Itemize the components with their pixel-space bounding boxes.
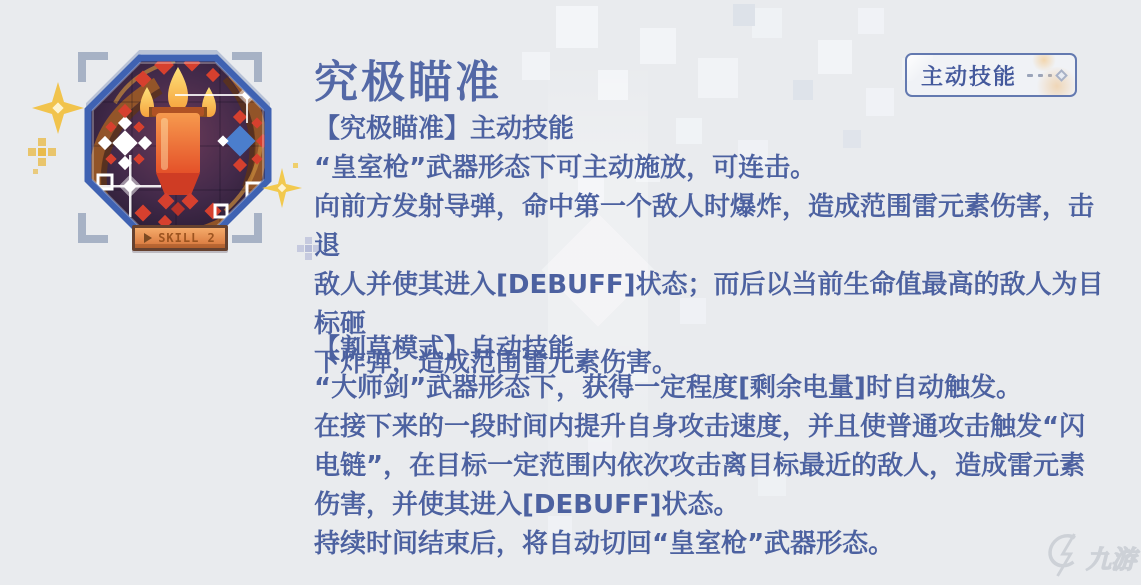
skill-title: 究极瞄准 xyxy=(314,46,502,110)
skill-banner-label: SKILL 2 xyxy=(158,231,216,245)
flag-arrow-icon xyxy=(144,233,152,243)
section-heading: 【割草模式】自动技能 xyxy=(314,330,1114,369)
badge-corner-shine xyxy=(907,55,933,81)
skill-number-banner: SKILL 2 xyxy=(132,225,228,251)
skill-section-auto: 【割草模式】自动技能 “大师剑”武器形态下，获得一定程度[剩余电量]时自动触发。… xyxy=(314,330,1114,564)
badge-glow-decoration xyxy=(1035,67,1077,97)
active-skill-badge[interactable]: 主动技能 xyxy=(905,53,1077,97)
section-heading: 【究极瞄准】主动技能 xyxy=(314,110,1114,149)
section-body: “大师剑”武器形态下，获得一定程度[剩余电量]时自动触发。 在接下来的一段时间内… xyxy=(314,369,1114,564)
active-skill-badge-label: 主动技能 xyxy=(921,60,1017,91)
